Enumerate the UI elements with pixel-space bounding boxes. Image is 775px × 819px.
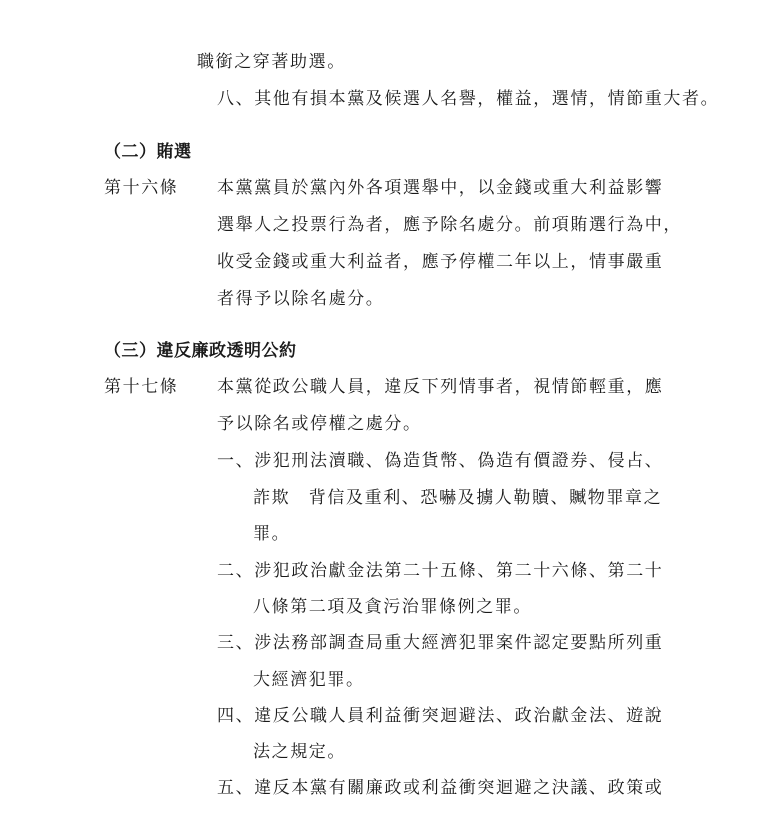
list-item-4: 四、違反公職人員利益衝突迴避法、政治獻金法、遊說 [217, 706, 663, 726]
article-16-line: 本黨黨員於黨內外各項選舉中，以金錢或重大利益影響 [217, 178, 663, 198]
article-17-line: 本黨從政公職人員，違反下列情事者，視情節輕重，應 [217, 377, 663, 397]
article-16-label: 第十六條 [104, 178, 178, 198]
list-item-3-continuation: 大經濟犯罪。 [253, 670, 365, 690]
list-item-8: 八、其他有損本黨及候選人名譽，權益，選情，情節重大者。 [217, 89, 719, 109]
list-item-2-continuation: 八條第二項及貪污治罪條例之罪。 [253, 597, 532, 617]
article-16-line: 收受金錢或重大利益者，應予停權二年以上，情事嚴重 [217, 252, 663, 272]
article-17-label: 第十七條 [104, 377, 178, 397]
section-heading-integrity: （三）違反廉政透明公約 [104, 341, 297, 361]
list-item-3: 三、涉法務部調查局重大經濟犯罪案件認定要點所列重 [217, 633, 663, 653]
list-item-1: 一、涉犯刑法瀆職、偽造貨幣、偽造有價證券、侵占、 [217, 451, 663, 471]
article-16-line: 選舉人之投票行為者，應予除名處分。前項賄選行為中， [217, 215, 682, 235]
section-heading-bribery: （二）賄選 [104, 142, 192, 162]
list-item-1-continuation: 詐欺 背信及重利、恐嚇及擄人勒贖、贓物罪章之 [253, 488, 662, 508]
list-item-2: 二、涉犯政治獻金法第二十五條、第二十六條、第二十 [217, 561, 663, 581]
continuation-line: 職銜之穿著助選。 [197, 52, 346, 72]
list-item-1-continuation: 罪。 [253, 524, 290, 544]
list-item-4-continuation: 法之規定。 [253, 742, 346, 762]
article-16-line: 者得予以除名處分。 [217, 289, 384, 309]
list-item-5: 五、違反本黨有關廉政或利益衝突迴避之決議、政策或 [217, 778, 663, 798]
article-17-line: 予以除名或停權之處分。 [217, 414, 422, 434]
